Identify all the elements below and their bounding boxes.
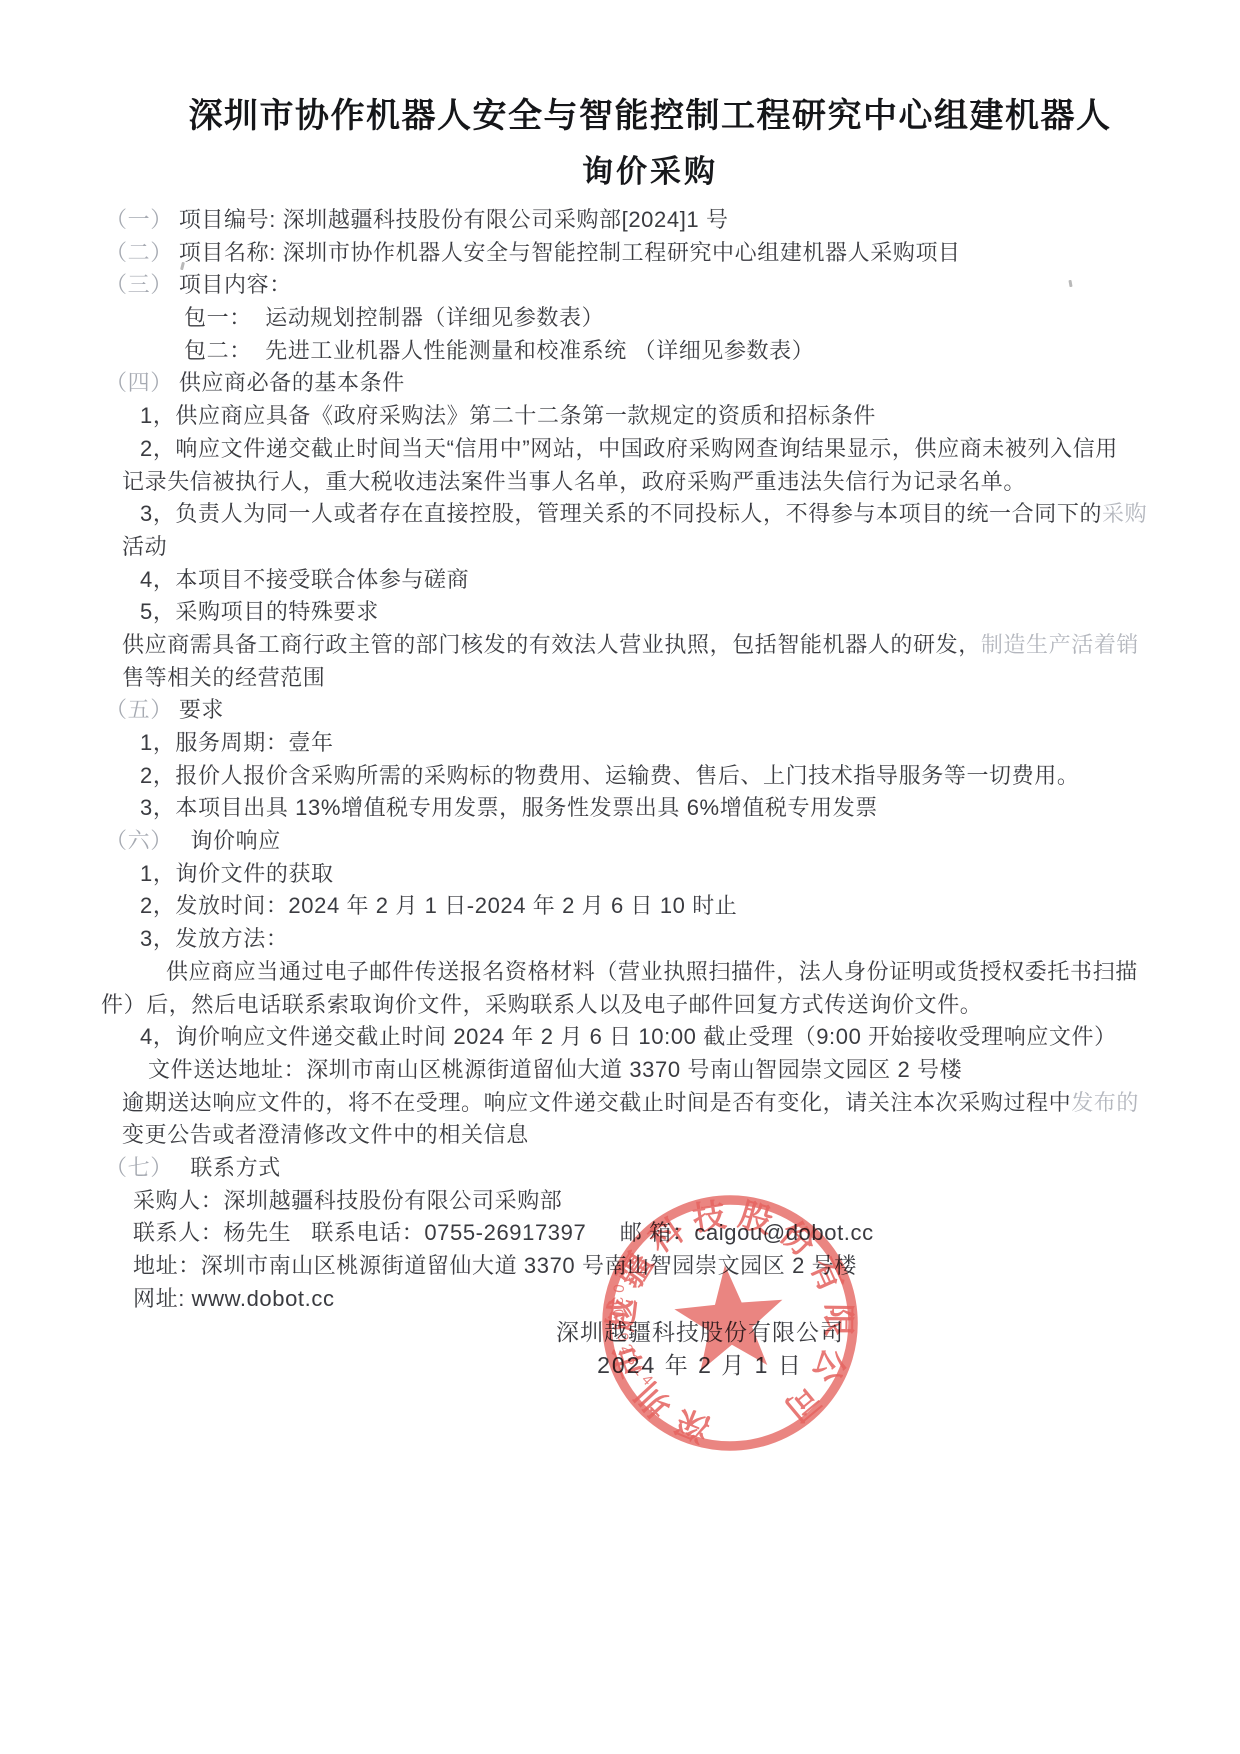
- doc-line: 5，采购项目的特殊要求: [0, 596, 1240, 629]
- doc-line-text: 供应商需具备工商行政主管的部门核发的有效法人营业执照，包括智能机器人的研发，: [122, 632, 981, 657]
- doc-line-text: 变更公告或者澄清修改文件中的相关信息: [122, 1122, 529, 1147]
- doc-line-text-faint: 制造生产活着销: [981, 632, 1139, 657]
- doc-line-text: 供应商应当通过电子邮件传送报名资格材料（营业执照扫描件，法人身份证明或货授权委托…: [166, 959, 1138, 984]
- doc-line-text: 3，本项目出具 13%增值税专用发票，服务性发票出具 6%增值税专用发票: [140, 795, 878, 820]
- doc-line-text: 活动: [122, 534, 167, 559]
- doc-line: 2，响应文件递交截止时间当天“信用中”网站，中国政府采购网查询结果显示，供应商未…: [0, 433, 1240, 466]
- doc-line: 网址: www.dobot.cc: [0, 1283, 1240, 1316]
- doc-line: 4，本项目不接受联合体参与磋商: [0, 564, 1240, 597]
- doc-line: 联系人：杨先生 联系电话：0755-26917397 邮 箱：caigou@do…: [0, 1217, 1240, 1250]
- doc-line: （二）项目名称: 深圳市协作机器人安全与智能控制工程研究中心组建机器人采购项目: [0, 237, 1240, 270]
- doc-line-text: 4，询价响应文件递交截止时间 2024 年 2 月 6 日 10:00 截止受理…: [140, 1024, 1117, 1049]
- doc-line-text: 文件送达地址：深圳市南山区桃源街道留仙大道 3370 号南山智园崇文园区 2 号…: [148, 1057, 962, 1082]
- doc-line-text: 记录失信被执行人，重大税收违法案件当事人名单，政府采购严重违法失信行为记录名单。: [122, 469, 1026, 494]
- doc-line-text: 联系方式: [168, 1155, 281, 1180]
- doc-line: 包二： 先进工业机器人性能测量和校准系统 （详细见参数表）: [0, 335, 1240, 368]
- scanned-procurement-document: 深圳市协作机器人安全与智能控制工程研究中心组建机器人 询价采购 （一）项目编号:…: [0, 0, 1240, 1754]
- doc-line-text: 4，本项目不接受联合体参与磋商: [140, 567, 469, 592]
- doc-line-text: 要求: [179, 697, 224, 722]
- doc-line-text: 1，询价文件的获取: [140, 861, 334, 886]
- doc-line-text: 询价响应: [168, 828, 281, 853]
- signature-block: 深圳越疆科技股份有限公司 2024 年 2 月 1 日: [80, 1316, 1240, 1382]
- section-marker: （四）: [105, 370, 173, 395]
- doc-line-text: 联系人：杨先生 联系电话：0755-26917397 邮 箱：caigou@do…: [133, 1220, 874, 1245]
- doc-line: 供应商需具备工商行政主管的部门核发的有效法人营业执照，包括智能机器人的研发，制造…: [0, 629, 1240, 662]
- doc-line: 3，负责人为同一人或者存在直接控股，管理关系的不同投标人，不得参与本项目的统一合…: [0, 498, 1240, 531]
- doc-line: （六） 询价响应: [0, 825, 1240, 858]
- doc-line: 供应商应当通过电子邮件传送报名资格材料（营业执照扫描件，法人身份证明或货授权委托…: [0, 956, 1240, 989]
- document-title: 深圳市协作机器人安全与智能控制工程研究中心组建机器人: [30, 88, 1240, 137]
- document-body: （一）项目编号: 深圳越疆科技股份有限公司采购部[2024]1 号（二）项目名称…: [0, 204, 1240, 1315]
- doc-line: 3，本项目出具 13%增值税专用发票，服务性发票出具 6%增值税专用发票: [0, 792, 1240, 825]
- doc-line: 采购人：深圳越疆科技股份有限公司采购部: [0, 1185, 1240, 1218]
- signature-company: 深圳越疆科技股份有限公司: [80, 1316, 1240, 1349]
- doc-line-text: 包一： 运动规划控制器（详细见参数表）: [184, 305, 604, 330]
- doc-line: 4，询价响应文件递交截止时间 2024 年 2 月 6 日 10:00 截止受理…: [0, 1021, 1240, 1054]
- section-marker: （五）: [105, 697, 173, 722]
- doc-line-text: 网址: www.dobot.cc: [133, 1286, 335, 1311]
- doc-line: 变更公告或者澄清修改文件中的相关信息: [0, 1119, 1240, 1152]
- doc-line-text: 项目编号: 深圳越疆科技股份有限公司采购部[2024]1 号: [179, 207, 729, 232]
- doc-line-text: 2，报价人报价含采购所需的采购标的物费用、运输费、售后、上门技术指导服务等一切费…: [140, 763, 1079, 788]
- doc-line-text: 供应商必备的基本条件: [179, 370, 405, 395]
- doc-line: （五）要求: [0, 694, 1240, 727]
- section-marker: （三）: [105, 272, 173, 297]
- doc-line: 售等相关的经营范围: [0, 662, 1240, 695]
- doc-line: 文件送达地址：深圳市南山区桃源街道留仙大道 3370 号南山智园崇文园区 2 号…: [0, 1054, 1240, 1087]
- doc-line-text: 3，负责人为同一人或者存在直接控股，管理关系的不同投标人，不得参与本项目的统一合…: [140, 501, 1102, 526]
- doc-line: 地址：深圳市南山区桃源街道留仙大道 3370 号南山智园崇文园区 2 号楼: [0, 1250, 1240, 1283]
- doc-line: 逾期送达响应文件的，将不在受理。响应文件递交截止时间是否有变化，请关注本次采购过…: [0, 1087, 1240, 1120]
- doc-line-text: 2，发放时间：2024 年 2 月 1 日-2024 年 2 月 6 日 10 …: [140, 893, 737, 918]
- doc-line-text-faint: 采购: [1102, 501, 1147, 526]
- doc-line-text: 5，采购项目的特殊要求: [140, 599, 379, 624]
- doc-line-text: 1，服务周期：壹年: [140, 730, 334, 755]
- doc-line-text: 件）后，然后电话联系索取询价文件，采购联系人以及电子邮件回复方式传送询价文件。: [101, 992, 982, 1017]
- doc-line: 记录失信被执行人，重大税收违法案件当事人名单，政府采购严重违法失信行为记录名单。: [0, 466, 1240, 499]
- doc-line: 2，报价人报价含采购所需的采购标的物费用、运输费、售后、上门技术指导服务等一切费…: [0, 760, 1240, 793]
- doc-line: 3，发放方法：: [0, 923, 1240, 956]
- section-marker: （一）: [105, 207, 173, 232]
- doc-line: 活动: [0, 531, 1240, 564]
- signature-date: 2024 年 2 月 1 日: [80, 1349, 1240, 1382]
- doc-line-text: 3，发放方法：: [140, 926, 288, 951]
- doc-line: 2，发放时间：2024 年 2 月 1 日-2024 年 2 月 6 日 10 …: [0, 890, 1240, 923]
- doc-line: 1，询价文件的获取: [0, 858, 1240, 891]
- document-subtitle: 询价采购: [30, 146, 1240, 191]
- doc-line: 包一： 运动规划控制器（详细见参数表）: [0, 302, 1240, 335]
- doc-line-text: 售等相关的经营范围: [122, 665, 325, 690]
- doc-line: （三）项目内容：: [0, 269, 1240, 302]
- doc-line: 1，供应商应具备《政府采购法》第二十二条第一款规定的资质和招标条件: [0, 400, 1240, 433]
- doc-line-text: 1，供应商应具备《政府采购法》第二十二条第一款规定的资质和招标条件: [140, 403, 876, 428]
- doc-line: （四）供应商必备的基本条件: [0, 367, 1240, 400]
- doc-line-text: 项目内容：: [179, 272, 292, 297]
- section-marker: （六）: [105, 828, 162, 853]
- doc-line-text: 包二： 先进工业机器人性能测量和校准系统 （详细见参数表）: [184, 338, 814, 363]
- doc-line-text: 项目名称: 深圳市协作机器人安全与智能控制工程研究中心组建机器人采购项目: [179, 240, 961, 265]
- doc-line-text: 地址：深圳市南山区桃源街道留仙大道 3370 号南山智园崇文园区 2 号楼: [133, 1253, 857, 1278]
- doc-line-text: 2，响应文件递交截止时间当天“信用中”网站，中国政府采购网查询结果显示，供应商未…: [140, 436, 1118, 461]
- doc-line: （一）项目编号: 深圳越疆科技股份有限公司采购部[2024]1 号: [0, 204, 1240, 237]
- doc-line-text: 采购人：深圳越疆科技股份有限公司采购部: [133, 1188, 562, 1213]
- doc-line: 件）后，然后电话联系索取询价文件，采购联系人以及电子邮件回复方式传送询价文件。: [0, 989, 1240, 1022]
- doc-line-text-faint: 发布的: [1071, 1090, 1139, 1115]
- section-marker: （七）: [105, 1155, 162, 1180]
- section-marker: （二）: [105, 240, 173, 265]
- doc-line: （七） 联系方式: [0, 1152, 1240, 1185]
- doc-line: 1，服务周期：壹年: [0, 727, 1240, 760]
- doc-line-text: 逾期送达响应文件的，将不在受理。响应文件递交截止时间是否有变化，请关注本次采购过…: [122, 1090, 1071, 1115]
